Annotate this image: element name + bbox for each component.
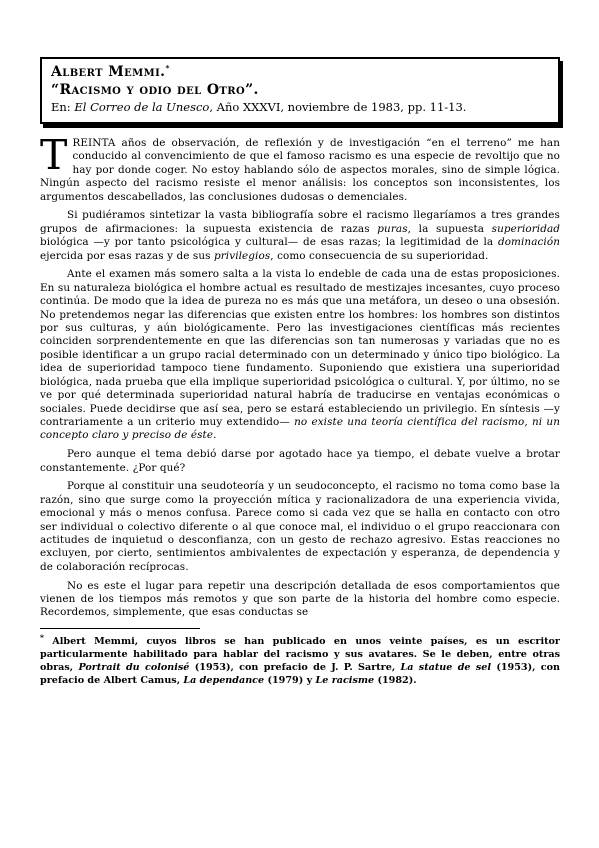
text-run: biológica —y por tanto psicológica y cul…	[40, 236, 498, 248]
italic-text-run: El Correo de la Unesco	[74, 100, 209, 114]
document-page: Albert Memmi.* “Racismo y odio del Otro”…	[0, 0, 599, 848]
footnote-text: * Albert Memmi, cuyos libros se han publ…	[40, 635, 560, 687]
text-run: ejercida por esas razas y de sus	[40, 250, 214, 262]
paragraph: No es este el lugar para repetir una des…	[40, 580, 560, 620]
article-body: TREINTA años de observación, de reflexió…	[40, 137, 560, 620]
author-name: Albert Memmi.*	[51, 63, 549, 81]
italic-text-run: Portrait du colonisé	[78, 662, 189, 673]
italic-text-run: La dependance	[183, 675, 264, 686]
text-run: Albert Memmi.	[51, 64, 165, 80]
text-run: (1982).	[374, 675, 416, 686]
italic-text-run: puras	[377, 223, 407, 235]
italic-text-run: La statue de sel	[401, 662, 491, 673]
paragraph: Ante el examen más somero salta a la vis…	[40, 268, 560, 442]
text-run: Ante el examen más somero salta a la vis…	[40, 268, 560, 427]
text-run: , Año XXXVI, noviembre de 1983, pp. 11-1…	[209, 100, 466, 114]
text-run: En:	[51, 100, 74, 114]
text-run: REINTA años de observación, de reflexión…	[40, 137, 560, 203]
text-run: , como consecuencia de su superioridad.	[270, 250, 488, 262]
citation-box: Albert Memmi.* “Racismo y odio del Otro”…	[40, 57, 560, 124]
footnote-marker: *	[165, 63, 169, 72]
italic-text-run: dominación	[498, 236, 560, 248]
paragraph: TREINTA años de observación, de reflexió…	[40, 137, 560, 204]
text-run: Pero aunque el tema debió darse por agot…	[40, 448, 560, 473]
paragraph: Si pudiéramos sintetizar la vasta biblio…	[40, 209, 560, 263]
italic-text-run: privilegios	[214, 250, 270, 262]
dropcap-letter: T	[40, 137, 72, 172]
paragraph: Pero aunque el tema debió darse por agot…	[40, 448, 560, 475]
text-run: .	[213, 429, 216, 441]
text-run: No es este el lugar para repetir una des…	[40, 580, 560, 619]
source-citation: En: El Correo de la Unesco, Año XXXVI, n…	[51, 99, 549, 115]
article-title: “Racismo y odio del Otro”.	[51, 81, 549, 99]
text-run: (1979) y	[264, 675, 315, 686]
footnote-separator	[40, 628, 200, 629]
text-run: Porque al constituir una seudoteoría y u…	[40, 480, 560, 572]
italic-text-run: Le racisme	[316, 675, 375, 686]
paragraph: Porque al constituir una seudoteoría y u…	[40, 480, 560, 574]
italic-text-run: superioridad	[492, 223, 560, 235]
text-run: , la supuesta	[408, 223, 492, 235]
text-run: “Racismo y odio del Otro”.	[51, 82, 259, 98]
text-run: (1953), con prefacio de J. P. Sartre,	[189, 662, 400, 673]
